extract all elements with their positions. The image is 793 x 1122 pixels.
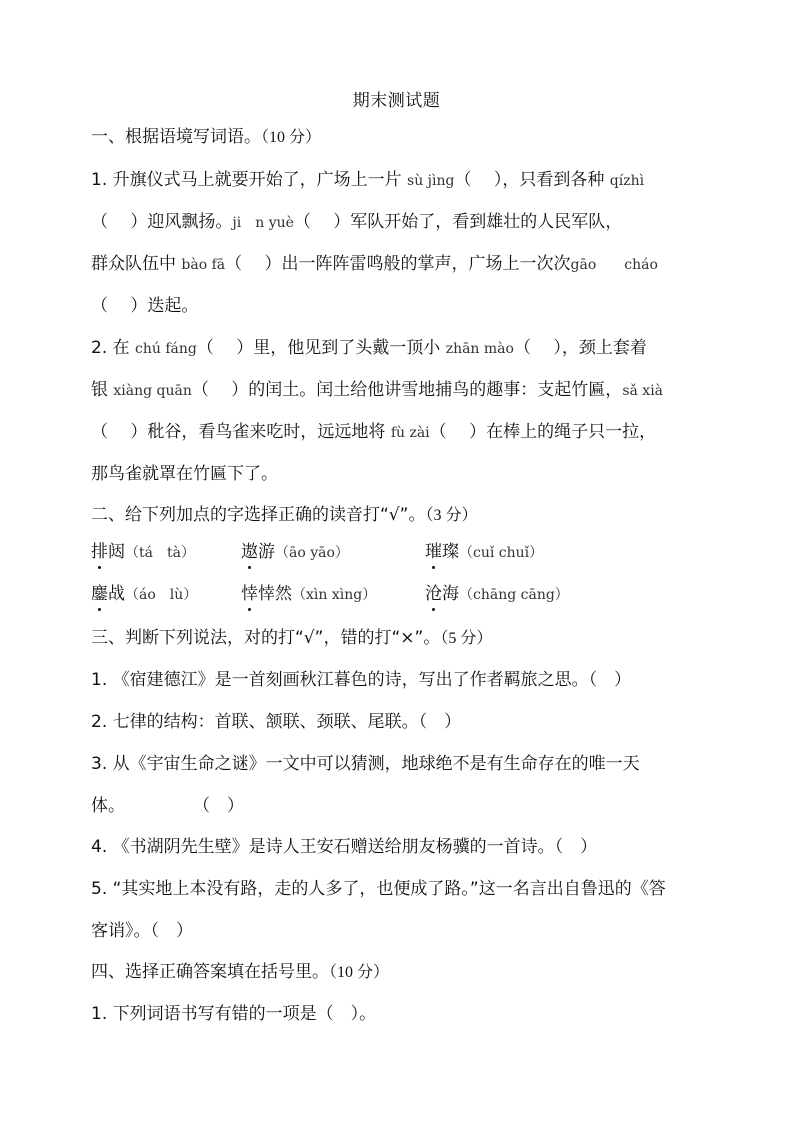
pronunciation-item: 鏖战（áo lù） [91, 582, 197, 607]
q1-line-2: （ ）迎风飘扬。ji n yuè（ ）军队开始了，看到雄壮的人民军队， [91, 210, 706, 235]
pronunciation-item: 悻悻然（xìn xìng） [241, 582, 376, 607]
judge-item-1[interactable]: 1. 《宿建德江》是一首刻画秋江暮色的诗，写出了作者羁旅之思。（ ） [91, 668, 706, 692]
dotted-char: 排 [91, 540, 108, 564]
score: （5 分） [440, 630, 492, 647]
heading-text: 三、判断下列说法，对的打“√”，错的打“×”。 [91, 628, 440, 648]
text: 闼 [108, 542, 125, 562]
pronunciation-item: 沧海（chāng cāng） [425, 582, 569, 607]
section-3-heading: 三、判断下列说法，对的打“√”，错的打“×”。（5 分） [91, 626, 706, 651]
judge-item-5: 5. “其实地上本没有路，走的人多了，也便成了路。”这一名言出自鲁迅的《答 [91, 877, 706, 901]
q1-line-1: 1. 升旗仪式马上就要开始了，广场上一片 sù jìng（ ），只看到各种 qí… [91, 168, 706, 193]
judge-item-5-cont[interactable]: 客诮》。（ ） [91, 919, 706, 943]
text: （ ），颈上套着 [514, 338, 647, 358]
q2-line-3: （ ）秕谷，看鸟雀来吃时，远远地将 fù zài（ ）在棒上的绳子只一拉， [91, 420, 706, 445]
section-2-heading: 二、给下列加点的字选择正确的读音打“√”。（3 分） [91, 503, 706, 528]
text: （ ）迎风飘扬。 [91, 212, 232, 232]
score: （3 分） [425, 507, 477, 524]
score: （10 分） [329, 964, 389, 981]
answer-blank[interactable]: （ ），只看到各种 [454, 170, 609, 190]
text: 璨 [442, 542, 459, 562]
pinyin: gāo cháo [571, 257, 658, 273]
text: 悻然 [258, 584, 292, 604]
heading-text: 二、给下列加点的字选择正确的读音打“√”。 [91, 505, 425, 525]
judge-item-2[interactable]: 2. 七律的结构：首联、颔联、颈联、尾联。（ ） [91, 710, 706, 734]
section-4-heading: 四、选择正确答案填在括号里。（10 分） [91, 960, 706, 985]
page-title: 期末测试题 [0, 86, 793, 111]
text: 游 [258, 542, 275, 562]
text: 银 [91, 380, 113, 400]
pinyin: ji n yuè [232, 215, 294, 231]
pinyin-options[interactable]: （áo lù） [125, 587, 197, 603]
text: （ ）迭起。 [91, 296, 198, 316]
pinyin-options[interactable]: （xìn xìng） [292, 587, 376, 603]
judge-item-3-cont[interactable]: 体。 （ ） [91, 794, 706, 818]
pinyin: sǎ xià [622, 383, 663, 399]
text: （ ）秕谷，看鸟雀来吃时，远远地将 [91, 422, 391, 442]
judge-item-4[interactable]: 4. 《书湖阴先生壁》是诗人王安石赠送给朋友杨骥的一首诗。（ ） [91, 835, 706, 859]
text: （ ）在棒上的绳子只一拉， [430, 422, 656, 442]
section-1-heading: 一、根据语境写词语。（10 分） [91, 125, 706, 150]
q1-line-3: 群众队伍中 bào fā（ ）出一阵阵雷鸣般的掌声，广场上一次次gāo cháo [91, 252, 706, 277]
dotted-char: 遨 [241, 540, 258, 564]
pronunciation-item: 遨游（āo yāo） [241, 540, 349, 565]
dotted-char: 鏖 [91, 582, 108, 606]
pinyin: qízhì [610, 173, 644, 189]
dotted-char: 沧 [425, 582, 442, 606]
pinyin-options[interactable]: （tá tà） [125, 545, 195, 561]
pinyin: bào fā [181, 257, 225, 273]
text: （ ）军队开始了，看到雄壮的人民军队， [294, 212, 622, 232]
pinyin: sù jìng [407, 173, 454, 189]
pronunciation-item: 排闼（tá tà） [91, 540, 195, 565]
dotted-char: 悻 [241, 582, 258, 606]
dotted-char: 璀 [425, 540, 442, 564]
q2-line-4: 那鸟雀就罩在竹匾下了。 [91, 462, 706, 486]
text: （ ）的闰土。闰土给他讲雪地捕鸟的趣事：支起竹匾， [192, 380, 622, 400]
pronunciation-item: 璀璨（cuǐ chuǐ） [425, 540, 543, 565]
text: （ ）出一阵阵雷鸣般的掌声，广场上一次次 [225, 254, 570, 274]
q1-line-4: （ ）迭起。 [91, 294, 706, 318]
pinyin-options[interactable]: （chāng cāng） [459, 587, 569, 603]
exam-page: 期末测试题 一、根据语境写词语。（10 分） 1. 升旗仪式马上就要开始了，广场… [0, 0, 793, 1122]
heading-text: 四、选择正确答案填在括号里。 [91, 962, 329, 982]
judge-item-3: 3. 从《宇宙生命之谜》一文中可以猜测，地球绝不是有生命存在的唯一天 [91, 752, 706, 776]
text: 群众队伍中 [91, 254, 181, 274]
text: （ ）里，他见到了头戴一顶小 [197, 338, 446, 358]
pinyin: zhān mào [446, 341, 514, 357]
pinyin: fù zài [391, 425, 430, 441]
heading-text: 一、根据语境写词语。 [91, 127, 261, 147]
text: 1. 升旗仪式马上就要开始了，广场上一片 [91, 170, 407, 190]
pinyin-options[interactable]: （cuǐ chuǐ） [459, 545, 543, 561]
q2-line-2: 银 xiàng quān（ ）的闰土。闰土给他讲雪地捕鸟的趣事：支起竹匾，sǎ … [91, 378, 706, 403]
score: （10 分） [261, 129, 321, 146]
text: 战 [108, 584, 125, 604]
pinyin-options[interactable]: （āo yāo） [275, 545, 349, 561]
pinyin: chú fáng [135, 341, 197, 357]
pinyin: xiàng quān [113, 383, 192, 399]
choice-item-1[interactable]: 1. 下列词语书写有错的一项是（ ）。 [91, 1002, 706, 1026]
q2-line-1: 2. 在 chú fáng（ ）里，他见到了头戴一顶小 zhān mào（ ），… [91, 336, 706, 361]
text: 那鸟雀就罩在竹匾下了。 [91, 464, 278, 484]
text: 海 [442, 584, 459, 604]
text: 2. 在 [91, 338, 135, 358]
